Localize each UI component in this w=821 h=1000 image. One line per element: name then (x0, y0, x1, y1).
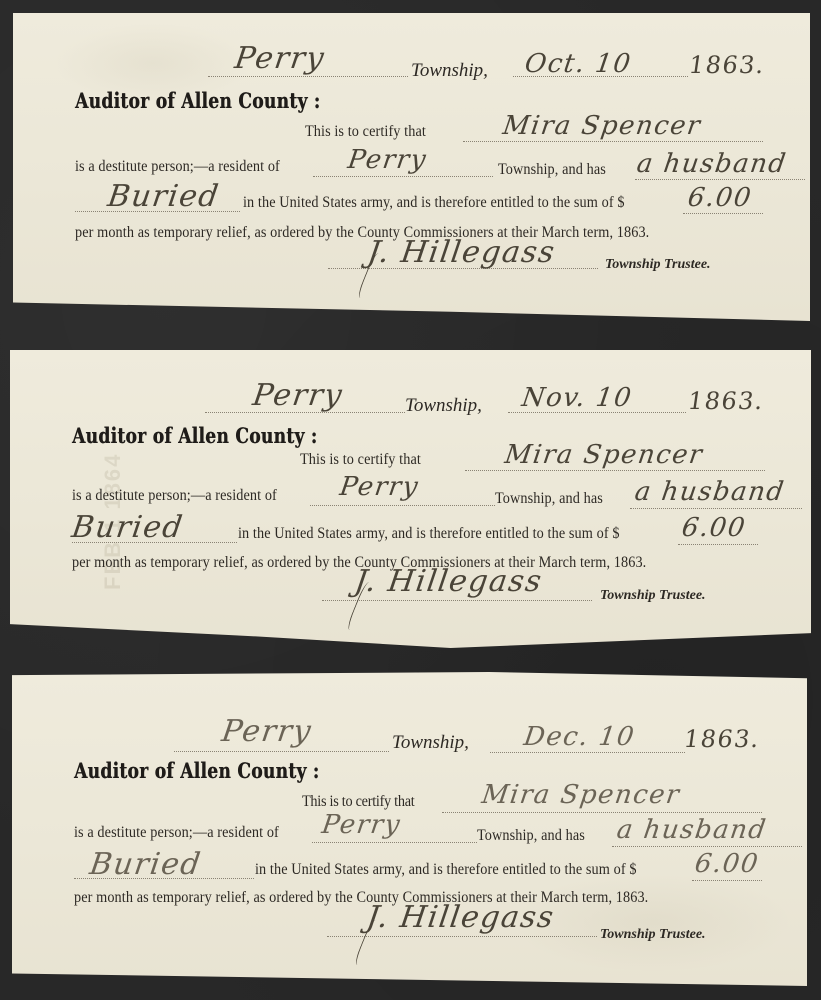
name-underline (463, 141, 763, 142)
destitute-label: is a destitute person;—a resident of (74, 824, 279, 842)
name-underline (465, 470, 765, 471)
auditor-heading: Auditor of Allen County : (72, 423, 317, 448)
trustee-label: Township Trustee. (600, 927, 706, 943)
amount-underline (678, 544, 758, 545)
amount-handwritten: 6.00 (693, 849, 761, 879)
army-label: in the United States army, and is theref… (238, 525, 620, 543)
status-handwritten: Buried (106, 179, 222, 214)
township-underline (208, 76, 408, 77)
township-label: Township, (392, 732, 469, 754)
relation-handwritten: a husband (635, 149, 789, 179)
resident-handwritten: Perry (320, 810, 403, 840)
amount-underline (683, 213, 763, 214)
relation-handwritten: a husband (615, 815, 769, 845)
township-handwritten: Perry (220, 714, 315, 749)
certify-label: This is to certify that (305, 123, 426, 141)
trustee-signature: J. Hillegass (365, 900, 557, 935)
relief-label: per month as temporary relief, as ordere… (75, 224, 649, 242)
status-handwritten: Buried (88, 847, 204, 882)
relation-underline (612, 846, 802, 847)
name-handwritten: Mira Spencer (501, 111, 703, 141)
auditor-heading: Auditor of Allen County : (75, 88, 320, 113)
relation-handwritten: a husband (633, 477, 787, 507)
resident-handwritten: Perry (346, 145, 429, 175)
name-handwritten: Mira Spencer (480, 780, 682, 810)
trustee-signature: J. Hillegass (366, 235, 558, 270)
date-handwritten: Nov. 10 (520, 383, 634, 413)
army-label: in the United States army, and is theref… (255, 861, 637, 879)
certify-label: This is to certify that (300, 451, 421, 469)
township-handwritten: Perry (251, 378, 346, 413)
certificate-slip-november: FEB 1 1864 Perry Township, Nov. 10 1863.… (10, 350, 811, 648)
township-underline (174, 751, 389, 752)
trustee-label: Township Trustee. (605, 257, 711, 273)
name-underline (442, 812, 762, 813)
resident-underline (313, 176, 493, 177)
township-has-label: Township, and has (477, 827, 585, 845)
date-handwritten: Dec. 10 (522, 722, 637, 752)
auditor-heading: Auditor of Allen County : (74, 758, 319, 783)
certificate-slip-december: Perry Township, Dec. 10 1863. Auditor of… (12, 672, 807, 986)
township-label: Township, (405, 395, 482, 417)
year-handwritten: 1863. (682, 725, 762, 753)
trustee-label: Township Trustee. (600, 588, 706, 604)
year-handwritten: 1863. (686, 387, 766, 415)
status-handwritten: Buried (70, 510, 186, 545)
relation-underline (635, 179, 805, 180)
township-label: Township, (411, 60, 488, 82)
trustee-signature: J. Hillegass (353, 564, 545, 599)
name-handwritten: Mira Spencer (503, 440, 705, 470)
amount-handwritten: 6.00 (680, 513, 748, 543)
destitute-label: is a destitute person;—a resident of (72, 487, 277, 505)
relation-underline (630, 508, 802, 509)
date-underline (490, 752, 685, 753)
amount-underline (692, 880, 762, 881)
resident-handwritten: Perry (338, 472, 421, 502)
certify-label: This is to certify that (302, 793, 414, 811)
township-has-label: Township, and has (498, 161, 606, 179)
township-has-label: Township, and has (495, 490, 603, 508)
amount-handwritten: 6.00 (686, 183, 754, 213)
date-handwritten: Oct. 10 (523, 49, 634, 79)
resident-underline (312, 842, 477, 843)
township-handwritten: Perry (233, 41, 328, 76)
relief-label: per month as temporary relief, as ordere… (74, 889, 648, 907)
certificate-slip-october: Perry Township, Oct. 10 1863. Auditor of… (13, 13, 810, 321)
resident-underline (310, 505, 495, 506)
destitute-label: is a destitute person;—a resident of (75, 158, 280, 176)
army-label: in the United States army, and is theref… (243, 194, 625, 212)
year-handwritten: 1863. (687, 51, 767, 79)
